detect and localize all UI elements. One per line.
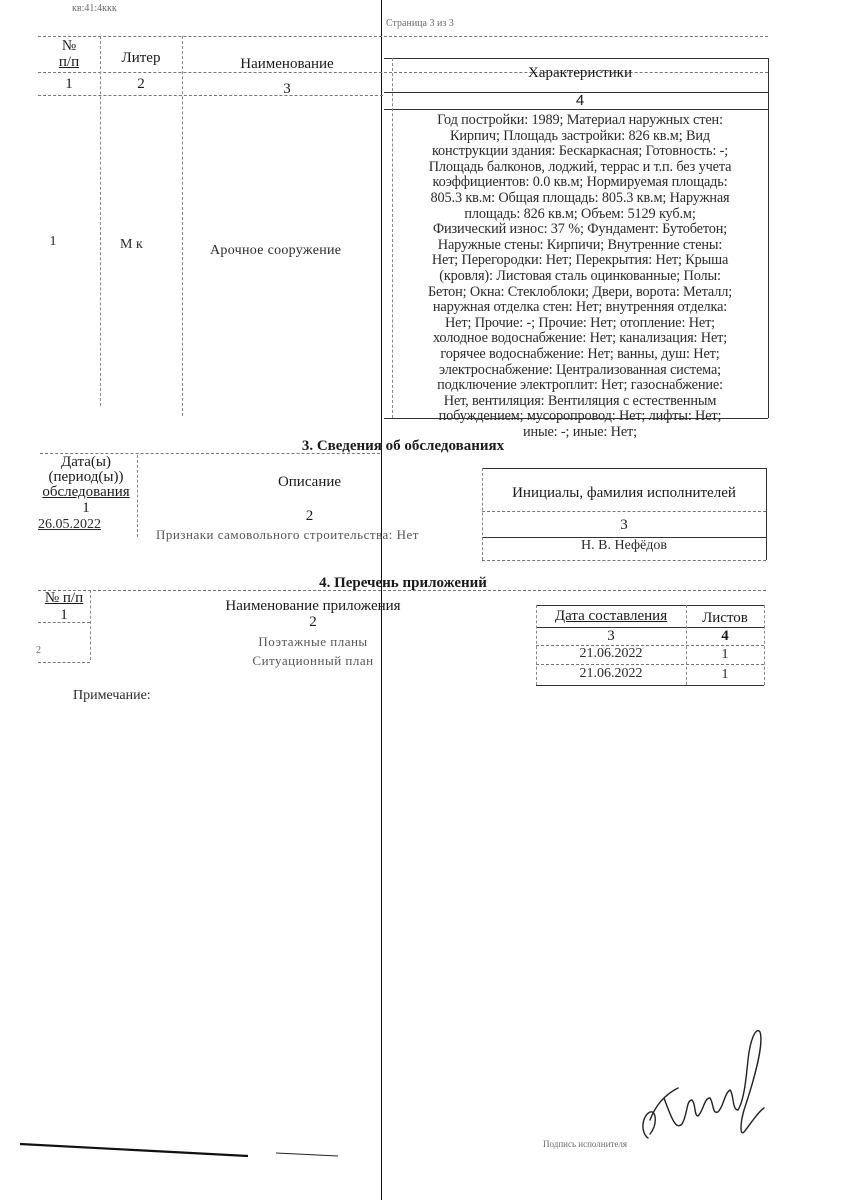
char-line: (кровля): Листовая сталь оцинкованные; П… — [392, 269, 768, 285]
s3-col-num-1: 1 — [36, 500, 136, 517]
header-no-line1: № — [38, 38, 100, 54]
char-line: побуждением; мусоропровод: Нет; лифты: Н… — [392, 409, 768, 425]
s3-col-num-2: 2 — [137, 508, 482, 525]
row-no: 1 — [38, 234, 68, 250]
s4-header-sheets: Листов — [686, 610, 764, 627]
row-characteristics: Год постройки: 1989; Материал наружных с… — [392, 113, 768, 440]
header-no-line2: п/п — [38, 54, 100, 70]
s3-header-date-line: обследования — [36, 485, 136, 500]
s4-row1-sheets: 1 — [686, 647, 764, 663]
col-num-4: 4 — [392, 92, 768, 109]
header-characteristics: Характеристики — [392, 65, 768, 82]
char-line: Площадь балконов, лоджий, террас и т.п. … — [392, 160, 768, 176]
s3-row-date: 26.05.2022 — [38, 517, 101, 533]
s4-row2-name: Ситуационный план — [90, 653, 536, 669]
header-liter: Литер — [100, 50, 182, 67]
char-line: подключение электроплит: Нет; газоснабже… — [392, 378, 768, 394]
s3-header-date-line: Дата(ы) — [36, 455, 136, 470]
s3-header-executors: Инициалы, фамилия исполнителей — [482, 485, 766, 502]
s4-col-num-1: 1 — [38, 607, 90, 624]
note-label: Примечание: — [73, 688, 151, 704]
s3-header-description: Описание — [137, 474, 482, 491]
s4-row1-name: Поэтажные планы — [90, 634, 536, 650]
char-line: Бетон; Окна: Стеклоблоки; Двери, ворота:… — [392, 285, 768, 301]
table-top-border — [38, 36, 768, 37]
col-divider-right — [768, 58, 769, 418]
col-num-2: 2 — [100, 76, 182, 93]
s4-row1-date: 21.06.2022 — [536, 646, 686, 662]
char-line: Нет, вентиляция: Вентиляция с естественн… — [392, 394, 768, 410]
char-line: 805.3 кв.м: Общая площадь: 805.3 кв.м; Н… — [392, 191, 768, 207]
s4-top-border — [38, 590, 766, 591]
char-line: конструкции здания: Бескаркасная; Готовн… — [392, 144, 768, 160]
s3-bottom-border — [482, 560, 766, 561]
s4-header-no: № п/п — [38, 590, 90, 607]
s4-row2-no: 2 — [36, 645, 41, 656]
s3-col-num-3: 3 — [482, 517, 766, 534]
header-name: Наименование — [182, 56, 392, 73]
table-top-border-right — [384, 58, 768, 59]
s4-header-date: Дата составления — [536, 608, 686, 625]
char-line: Нет; Прочие: -; Прочие: Нет; отопление: … — [392, 316, 768, 332]
s4-col-num-2: 2 — [90, 614, 536, 631]
char-line: Физический износ: 37 %; Фундамент: Бутоб… — [392, 222, 768, 238]
char-line: холодное водоснабжение: Нет; канализация… — [392, 331, 768, 347]
s4-header-name: Наименование приложения — [90, 598, 536, 615]
char-line: электроснабжение: Централизованная систе… — [392, 363, 768, 379]
s4-col-divider-right — [764, 605, 765, 685]
s3-top-border-right — [482, 468, 766, 469]
char-line: наружная отделка стен: Нет; внутренняя о… — [392, 300, 768, 316]
col-num-3: 3 — [182, 81, 392, 98]
s3-row-description: Признаки самовольного строительства: Нет — [156, 527, 419, 543]
s3-header-date-line: (период(ы)) — [36, 470, 136, 485]
s4-top-border-right — [536, 605, 764, 606]
char-line: горячее водоснабжение: Нет; ванны, душ: … — [392, 347, 768, 363]
s4-row2-sheets: 1 — [686, 667, 764, 683]
col-num-1: 1 — [38, 76, 100, 93]
page-counter: Страница 3 из 3 — [386, 18, 454, 29]
number-row-divider-right — [384, 109, 768, 110]
s4-row-divider-left — [38, 662, 90, 663]
char-line: площадь: 826 кв.м; Объем: 5129 куб.м; — [392, 207, 768, 223]
s3-header-divider — [482, 511, 766, 512]
scan-artifact-line — [18, 1140, 338, 1160]
char-line: коэффициентов: 0.0 кв.м; Нормируемая пло… — [392, 175, 768, 191]
char-line: Кирпич; Площадь застройки: 826 кв.м; Вид — [392, 129, 768, 145]
row-name: Арочное сооружение — [210, 243, 341, 259]
header-no: № п/п — [38, 38, 100, 70]
document-number: кв:41:4ккк — [72, 3, 117, 14]
char-line: Год постройки: 1989; Материал наружных с… — [392, 113, 768, 129]
s3-col-divider-right — [766, 468, 767, 560]
s3-header-date: Дата(ы) (период(ы)) обследования — [36, 455, 136, 500]
s4-col-num-3: 3 — [536, 628, 686, 645]
row-liter: М к — [120, 237, 143, 253]
s3-row-executor: Н. В. Нефёдов — [482, 538, 766, 554]
s4-row-divider — [536, 664, 764, 665]
signature-label: Подпись исполнителя — [543, 1139, 627, 1149]
s4-row2-date: 21.06.2022 — [536, 666, 686, 682]
char-line: Нет; Перегородки: Нет; Перекрытия: Нет; … — [392, 253, 768, 269]
char-line: Наружные стены: Кирпичи; Внутренние стен… — [392, 238, 768, 254]
s4-bottom-border — [536, 685, 764, 686]
signature-icon — [636, 1020, 776, 1150]
s4-col-num-4: 4 — [686, 628, 764, 645]
